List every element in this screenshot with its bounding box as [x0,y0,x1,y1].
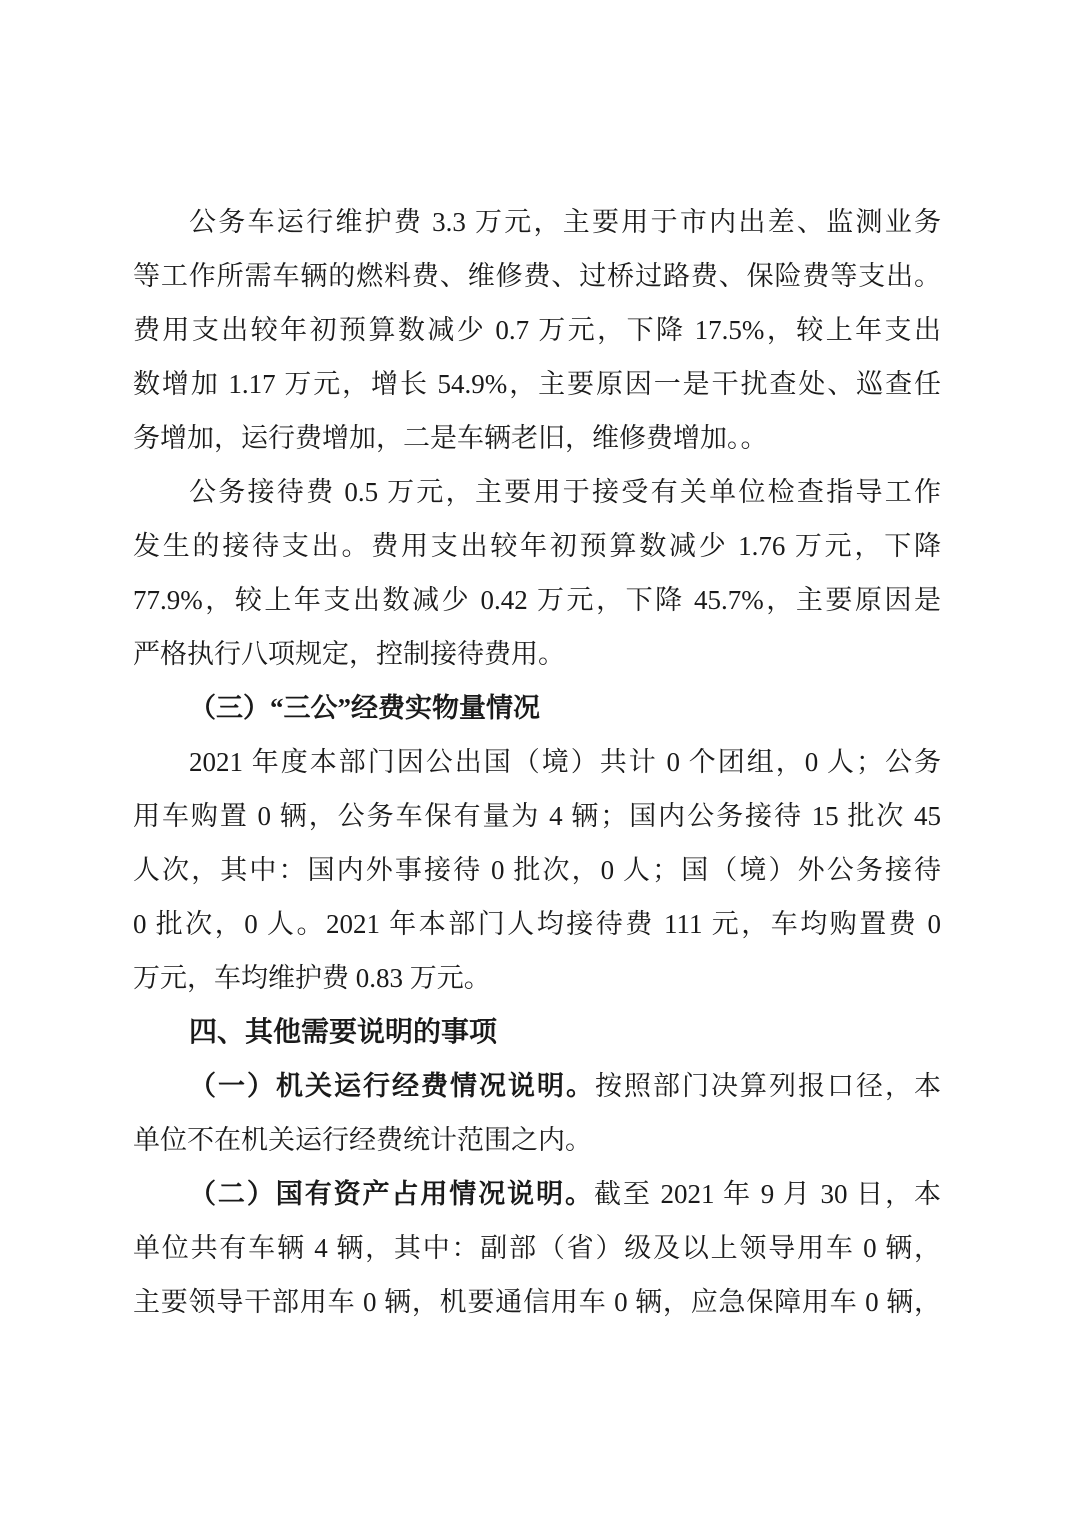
body-line: 0 批次，0 人。2021 年本部门人均接待费 111 元，车均购置费 0 [133,897,941,951]
body-text: 按照部门决算列报口径，本 [595,1071,941,1101]
body-line: 费用支出较年初预算数减少 0.7 万元，下降 17.5%，较上年支出 [133,303,941,357]
body-line: （二）国有资产占用情况说明。截至 2021 年 9 月 30 日，本 [133,1167,941,1221]
subsection-heading-three-public-expense: （三）“三公”经费实物量情况 [133,681,941,735]
body-line: 用车购置 0 辆，公务车保有量为 4 辆；国内公务接待 15 批次 45 [133,789,941,843]
body-line: 公务接待费 0.5 万元，主要用于接受有关单位检查指导工作 [133,465,941,519]
body-line: 单位共有车辆 4 辆，其中：副部（省）级及以上领导用车 0 辆， [133,1221,941,1275]
body-line: 人次，其中：国内外事接待 0 批次，0 人；国（境）外公务接待 [133,843,941,897]
body-line: 公务车运行维护费 3.3 万元，主要用于市内出差、监测业务 [133,195,941,249]
body-line: 数增加 1.17 万元，增长 54.9%，主要原因一是干扰查处、巡查任 [133,357,941,411]
body-line: 严格执行八项规定，控制接待费用。 [133,627,941,681]
body-text: 截至 2021 年 9 月 30 日，本 [594,1179,941,1209]
body-line: 2021 年度本部门因公出国（境）共计 0 个团组，0 人；公务 [133,735,941,789]
body-line: 77.9%，较上年支出数减少 0.42 万元，下降 45.7%，主要原因是 [133,573,941,627]
section-heading-other-matters: 四、其他需要说明的事项 [133,1005,941,1059]
subsection-lead-state-assets: （二）国有资产占用情况说明。 [189,1179,594,1209]
body-line: （一）机关运行经费情况说明。按照部门决算列报口径，本 [133,1059,941,1113]
text-block: 公务车运行维护费 3.3 万元，主要用于市内出差、监测业务 等工作所需车辆的燃料… [133,195,941,1329]
body-line: 万元，车均维护费 0.83 万元。 [133,951,941,1005]
body-line: 单位不在机关运行经费统计范围之内。 [133,1113,941,1167]
body-line: 发生的接待支出。费用支出较年初预算数减少 1.76 万元，下降 [133,519,941,573]
body-line: 主要领导干部用车 0 辆，机要通信用车 0 辆，应急保障用车 0 辆， [133,1275,941,1329]
body-line: 务增加，运行费增加，二是车辆老旧，维修费增加。。 [133,411,941,465]
document-page: 公务车运行维护费 3.3 万元，主要用于市内出差、监测业务 等工作所需车辆的燃料… [0,0,1074,1520]
body-line: 等工作所需车辆的燃料费、维修费、过桥过路费、保险费等支出。 [133,249,941,303]
subsection-lead-agency-operating-expense: （一）机关运行经费情况说明。 [189,1071,595,1101]
